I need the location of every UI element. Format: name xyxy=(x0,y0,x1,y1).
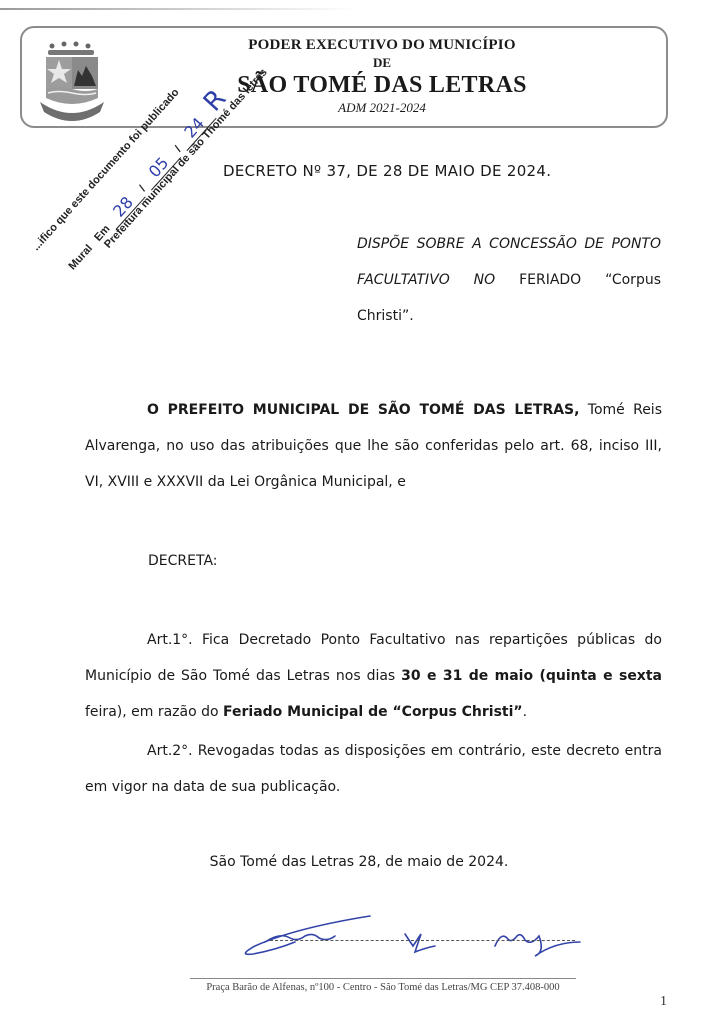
preamble-paragraph: O PREFEITO MUNICIPAL DE SÃO TOMÉ DAS LET… xyxy=(85,392,662,500)
footer-address: Praça Barão de Alfenas, nº100 - Centro -… xyxy=(190,982,576,993)
article-1-holiday: Feriado Municipal de “Corpus Christi” xyxy=(223,704,523,720)
article-2: Art.2°. Revogadas todas as disposições e… xyxy=(85,733,662,805)
article-2-label: Art.2°. xyxy=(147,743,193,759)
article-1-dates: 30 e 31 de maio (quinta e sexta xyxy=(401,668,662,684)
article-1-text-cont: feira), em razão do xyxy=(85,704,223,720)
decree-summary: DISPÕE SOBRE A CONCESSÃO DE PONTO FACULT… xyxy=(357,226,661,334)
article-1-label: Art.1°. xyxy=(147,632,193,648)
mayor-signature-icon xyxy=(235,912,595,962)
coat-of-arms-icon xyxy=(38,40,108,124)
mayor-title: O PREFEITO MUNICIPAL DE SÃO TOMÉ DAS LET… xyxy=(147,402,579,418)
stamp-mural-label: Mural xyxy=(66,243,95,273)
article-1-end: . xyxy=(523,704,527,720)
preposition-label: DE xyxy=(172,55,592,71)
executive-power-label: PODER EXECUTIVO DO MUNICÍPIO xyxy=(172,37,592,54)
signature-line xyxy=(270,940,575,941)
letterhead: PODER EXECUTIVO DO MUNICÍPIO DE SÃO TOMÉ… xyxy=(20,26,668,128)
place-and-date: São Tomé das Letras 28, de maio de 2024. xyxy=(0,854,718,870)
decreta-label: DECRETA: xyxy=(148,543,718,579)
page-number: 1 xyxy=(660,994,667,1010)
scan-edge xyxy=(0,8,360,10)
article-1: Art.1°. Fica Decretado Ponto Facultativo… xyxy=(85,622,662,730)
footer-divider xyxy=(190,978,576,979)
decree-title: DECRETO Nº 37, DE 28 DE MAIO DE 2024. xyxy=(223,162,551,180)
